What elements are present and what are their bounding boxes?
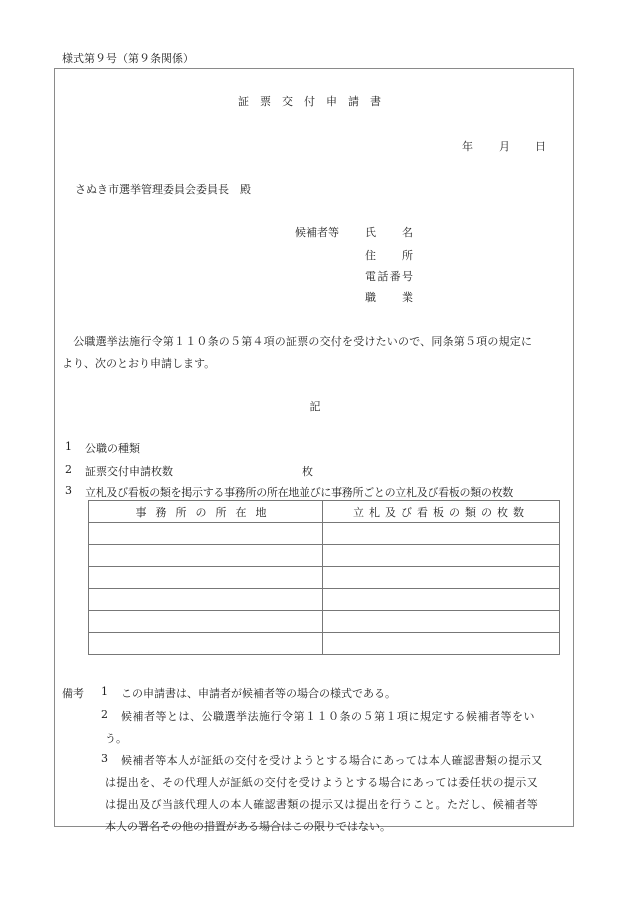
note-3-line-3: は提出及び当該代理人の本人確認書類の提示又は提出を行うこと。ただし、候補者等 xyxy=(105,796,538,812)
column-header-sign-count: 立札及び看板の類の枚数 xyxy=(323,501,560,523)
field-name-char: 氏 xyxy=(365,224,376,240)
field-phone-char: 番 xyxy=(390,268,401,284)
addressee: さぬき市選挙管理委員会委員長 殿 xyxy=(75,181,251,197)
sign-count-cell[interactable] xyxy=(323,523,560,545)
field-phone-char: 号 xyxy=(402,268,413,284)
note-2-line-1: 候補者等とは、公職選挙法施行令第１１０条の５第１項に規定する候補者等をい xyxy=(121,708,535,724)
ki-heading: 記 xyxy=(0,398,630,414)
note-1-number: 1 xyxy=(101,685,108,698)
table-row xyxy=(89,567,560,589)
sign-count-cell[interactable] xyxy=(323,633,560,655)
item-3-text: 立札及び看板の類を掲示する事務所の所在地並びに事務所ごとの立札及び看板の類の枚数 xyxy=(85,484,513,500)
field-phone-char: 電 xyxy=(365,268,376,284)
location-cell[interactable] xyxy=(89,611,323,633)
note-3-line-2: は提出を、その代理人が証紙の交付を受けようとする場合にあっては委任状の提示又 xyxy=(105,774,538,790)
item-2-unit: 枚 xyxy=(302,463,313,479)
item-2-number: 2 xyxy=(65,463,72,476)
field-name-char: 名 xyxy=(402,224,413,240)
field-phone-char: 話 xyxy=(377,268,388,284)
item-3-number: 3 xyxy=(65,484,72,497)
location-cell[interactable] xyxy=(89,545,323,567)
field-occupation-char: 職 xyxy=(365,289,376,305)
field-occupation-char: 業 xyxy=(402,289,413,305)
location-cell[interactable] xyxy=(89,567,323,589)
column-header-location: 事務所の所在地 xyxy=(89,501,323,523)
table-row xyxy=(89,589,560,611)
item-2-text: 証票交付申請枚数 xyxy=(85,463,173,479)
sign-count-cell[interactable] xyxy=(323,589,560,611)
date-year-label: 年 xyxy=(462,138,473,154)
date-day-label: 日 xyxy=(535,138,546,154)
sign-count-cell[interactable] xyxy=(323,611,560,633)
table-row xyxy=(89,611,560,633)
note-3-line-4: 本人の署名その他の措置がある場合はこの限りではない。 xyxy=(105,818,391,834)
body-paragraph-line-1: 公職選挙法施行令第１１０条の５第４項の証票の交付を受けたいので、同条第５項の規定… xyxy=(62,333,532,349)
field-phone-label: 電 話 番 号 xyxy=(365,268,413,284)
item-1-text: 公職の種類 xyxy=(85,440,140,456)
note-1-line-1: この申請書は、申請者が候補者等の場合の様式である。 xyxy=(121,685,396,701)
body-paragraph-line-2: より、次のとおり申請します。 xyxy=(62,355,215,371)
location-cell[interactable] xyxy=(89,523,323,545)
table-header-row: 事務所の所在地 立札及び看板の類の枚数 xyxy=(89,501,560,523)
location-cell[interactable] xyxy=(89,589,323,611)
note-2-line-2: う。 xyxy=(105,730,127,746)
notes-label: 備考 xyxy=(62,685,84,701)
field-address-char: 住 xyxy=(365,247,376,263)
form-number-label: 様式第９号（第９条関係） xyxy=(62,50,194,66)
field-name-label: 氏 名 xyxy=(365,224,413,240)
item-1-number: 1 xyxy=(65,440,72,453)
office-table: 事務所の所在地 立札及び看板の類の枚数 xyxy=(88,500,560,655)
note-3-number: 3 xyxy=(101,752,108,765)
sign-count-cell[interactable] xyxy=(323,545,560,567)
field-occupation-label: 職 業 xyxy=(365,289,413,305)
note-2-number: 2 xyxy=(101,708,108,721)
applicant-label: 候補者等 xyxy=(295,224,339,240)
table-row xyxy=(89,633,560,655)
note-3-line-1: 候補者等本人が証紙の交付を受けようとする場合にあっては本人確認書類の提示又 xyxy=(121,752,543,768)
location-cell[interactable] xyxy=(89,633,323,655)
document-title: 証票交付申請書 xyxy=(0,93,630,109)
field-address-char: 所 xyxy=(402,247,413,263)
table-row xyxy=(89,545,560,567)
sign-count-cell[interactable] xyxy=(323,567,560,589)
date-month-label: 月 xyxy=(499,138,510,154)
table-row xyxy=(89,523,560,545)
field-address-label: 住 所 xyxy=(365,247,413,263)
